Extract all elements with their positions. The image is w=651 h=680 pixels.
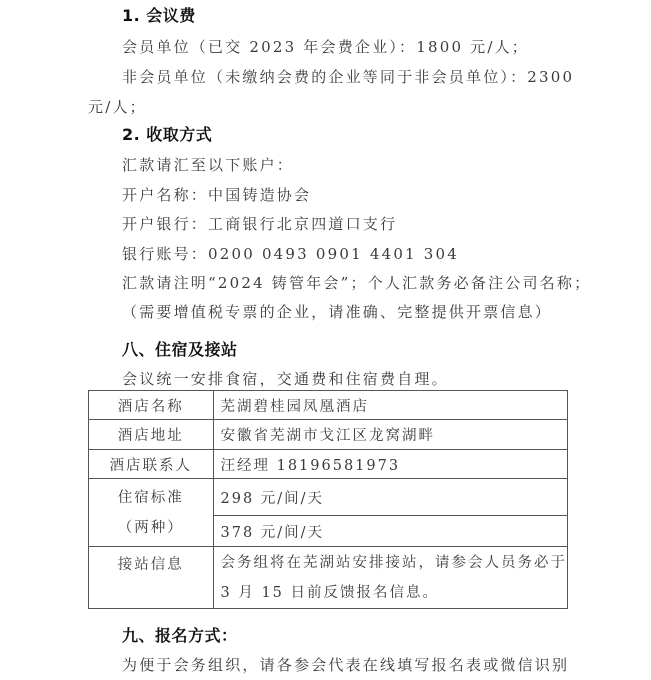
registration-heading: 九、报名方式： [122,626,238,646]
table-row: 酒店联系人 汪经理 18196581973 [89,450,568,479]
pickup-value-line-2: 3 月 15 日前反馈报名信息。 [221,578,568,608]
fee-heading: 1. 会议费 [122,6,196,26]
bank-name: 开户银行：工商银行北京四道口支行 [122,214,397,234]
payment-intro: 汇款请汇至以下账户： [122,155,294,175]
pickup-label: 接站信息 [89,547,214,609]
table-row: 接站信息 会务组将在芜湖站安排接站，请参会人员务必于 3 月 15 日前反馈报名… [89,547,568,609]
rate-label-line-2: （两种） [89,513,213,543]
rate-option-2: 378 元/间/天 [213,516,568,547]
hotel-name-value: 芜湖碧桂园凤凰酒店 [213,391,568,420]
invoice-note: （需要增值税专票的企业，请准确、完整提供开票信息） [122,302,552,322]
hotel-address-value: 安徽省芜湖市戈江区龙窝湖畔 [213,420,568,450]
rate-option-1: 298 元/间/天 [213,479,568,516]
rate-label: 住宿标准 （两种） [89,479,214,547]
member-fee-line: 会员单位（已交 2023 年会费企业）：1800 元/人； [122,37,529,57]
table-row: 酒店地址 安徽省芜湖市戈江区龙窝湖畔 [89,420,568,450]
nonmember-fee-line-cont: 元/人； [88,97,147,117]
table-row: 酒店名称 芜湖碧桂园凤凰酒店 [89,391,568,420]
pickup-value-line-1: 会务组将在芜湖站安排接站，请参会人员务必于 [221,548,568,578]
registration-body: 为便于会务组织，请各参会代表在线填写报名表或微信识别 [122,655,569,675]
table-row: 住宿标准 （两种） 298 元/间/天 [89,479,568,516]
payment-heading: 2. 收取方式 [122,125,212,145]
hotel-address-label: 酒店地址 [89,420,214,450]
lodging-intro: 会议统一安排食宿，交通费和住宿费自理。 [122,369,449,389]
account-number: 银行账号：0200 0493 0901 4401 304 [122,244,459,264]
pickup-value: 会务组将在芜湖站安排接站，请参会人员务必于 3 月 15 日前反馈报名信息。 [213,547,568,609]
nonmember-fee-line: 非会员单位（未缴纳会费的企业等同于非会员单位）：2300 [122,67,574,87]
account-name: 开户名称：中国铸造协会 [122,185,311,205]
hotel-name-label: 酒店名称 [89,391,214,420]
rate-label-line-1: 住宿标准 [89,483,213,513]
hotel-info-table: 酒店名称 芜湖碧桂园凤凰酒店 酒店地址 安徽省芜湖市戈江区龙窝湖畔 酒店联系人 … [88,390,568,609]
payment-remark: 汇款请注明“2024 铸管年会”；个人汇款务必备注公司名称； [122,273,591,293]
lodging-heading: 八、住宿及接站 [122,340,238,360]
hotel-contact-label: 酒店联系人 [89,450,214,479]
hotel-contact-value: 汪经理 18196581973 [213,450,568,479]
